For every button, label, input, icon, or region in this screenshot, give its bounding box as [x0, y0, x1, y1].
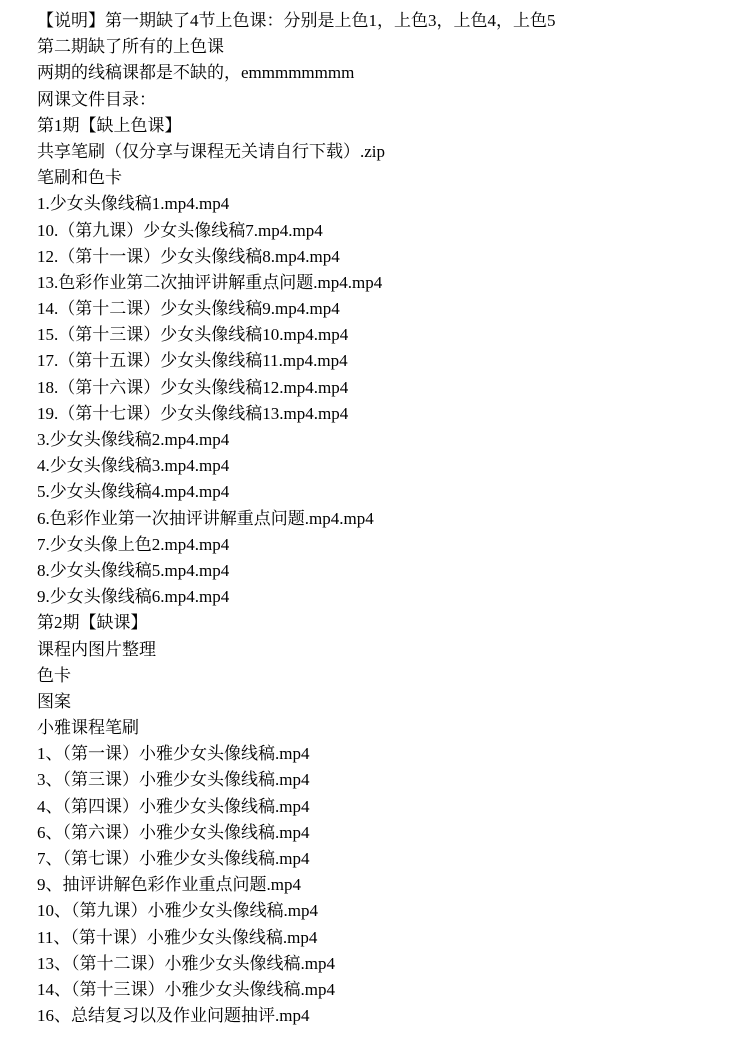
file-line: 1.少女头像线稿1.mp4.mp4: [37, 191, 730, 217]
file-line: 3.少女头像线稿2.mp4.mp4: [37, 427, 730, 453]
document-page: 【说明】第一期缺了4节上色课：分别是上色1，上色3，上色4，上色5第二期缺了所有…: [0, 0, 750, 1050]
file-line: 10、（第九课）小雅少女头像线稿.mp4: [37, 898, 730, 924]
file-line: 8.少女头像线稿5.mp4.mp4: [37, 558, 730, 584]
file-line: 11、（第十课）小雅少女头像线稿.mp4: [37, 925, 730, 951]
file-line: 共享笔刷（仅分享与课程无关请自行下载）.zip: [37, 139, 730, 165]
file-line: 3、（第三课）小雅少女头像线稿.mp4: [37, 767, 730, 793]
document-body: 【说明】第一期缺了4节上色课：分别是上色1，上色3，上色4，上色5第二期缺了所有…: [37, 8, 730, 1029]
file-line: 18.（第十六课）少女头像线稿12.mp4.mp4: [37, 375, 730, 401]
file-line: 小雅课程笔刷: [37, 715, 730, 741]
file-line: 13、（第十二课）小雅少女头像线稿.mp4: [37, 951, 730, 977]
file-line: 14、（第十三课）小雅少女头像线稿.mp4: [37, 977, 730, 1003]
file-line: 4、（第四课）小雅少女头像线稿.mp4: [37, 794, 730, 820]
file-line: 13.色彩作业第二次抽评讲解重点问题.mp4.mp4: [37, 270, 730, 296]
file-line: 10.（第九课）少女头像线稿7.mp4.mp4: [37, 218, 730, 244]
file-line: 14.（第十二课）少女头像线稿9.mp4.mp4: [37, 296, 730, 322]
file-line: 16、总结复习以及作业问题抽评.mp4: [37, 1003, 730, 1029]
file-line: 6.色彩作业第一次抽评讲解重点问题.mp4.mp4: [37, 506, 730, 532]
section-title: 第1期【缺上色课】: [37, 113, 730, 139]
file-line: 4.少女头像线稿3.mp4.mp4: [37, 453, 730, 479]
file-line: 12.（第十一课）少女头像线稿8.mp4.mp4: [37, 244, 730, 270]
file-line: 7.少女头像上色2.mp4.mp4: [37, 532, 730, 558]
file-line: 7、（第七课）小雅少女头像线稿.mp4: [37, 846, 730, 872]
file-line: 课程内图片整理: [37, 637, 730, 663]
file-line: 5.少女头像线稿4.mp4.mp4: [37, 479, 730, 505]
file-line: 色卡: [37, 663, 730, 689]
note-line: 两期的线稿课都是不缺的，emmmmmmmm: [37, 60, 730, 86]
file-line: 17.（第十五课）少女头像线稿11.mp4.mp4: [37, 348, 730, 374]
section-title: 第2期【缺课】: [37, 610, 730, 636]
file-line: 9、抽评讲解色彩作业重点问题.mp4: [37, 872, 730, 898]
note-line: 【说明】第一期缺了4节上色课：分别是上色1，上色3，上色4，上色5: [37, 8, 730, 34]
file-line: 9.少女头像线稿6.mp4.mp4: [37, 584, 730, 610]
file-line: 6、（第六课）小雅少女头像线稿.mp4: [37, 820, 730, 846]
note-line: 网课文件目录：: [37, 87, 730, 113]
file-line: 19.（第十七课）少女头像线稿13.mp4.mp4: [37, 401, 730, 427]
file-line: 笔刷和色卡: [37, 165, 730, 191]
file-line: 1、（第一课）小雅少女头像线稿.mp4: [37, 741, 730, 767]
note-line: 第二期缺了所有的上色课: [37, 34, 730, 60]
file-line: 15.（第十三课）少女头像线稿10.mp4.mp4: [37, 322, 730, 348]
file-line: 图案: [37, 689, 730, 715]
